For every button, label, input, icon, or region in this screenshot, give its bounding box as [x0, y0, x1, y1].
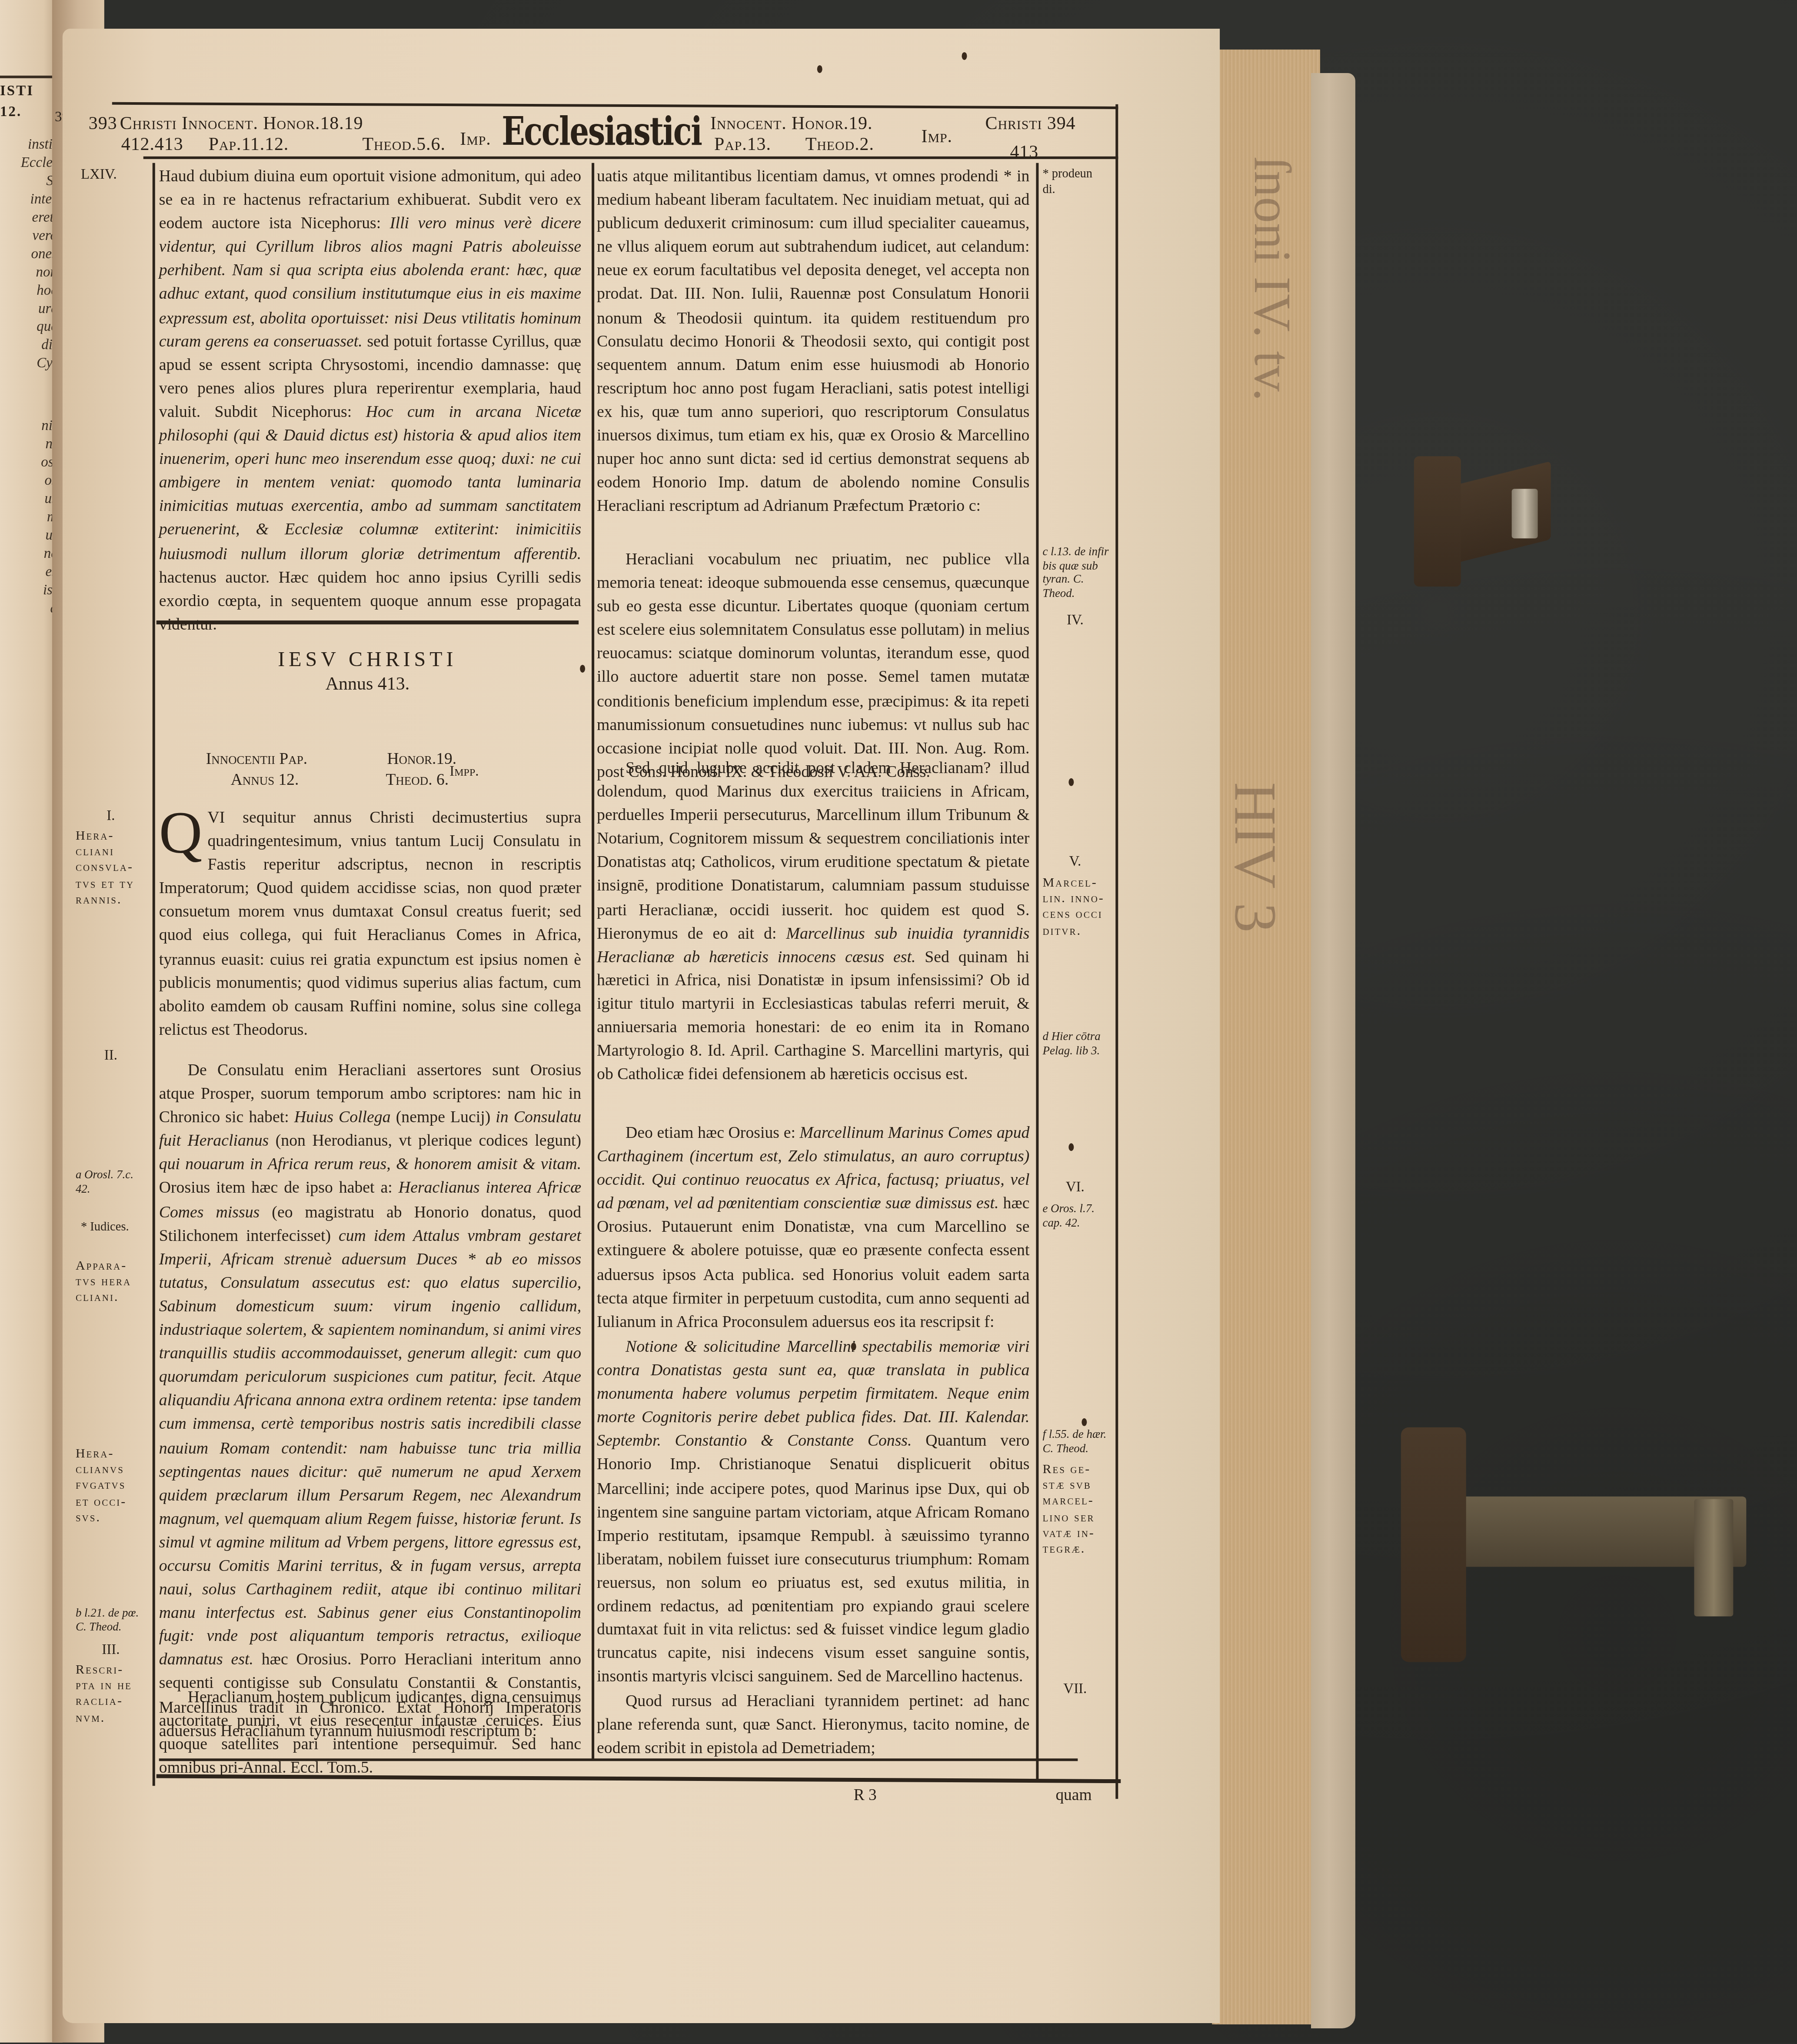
ink-spot	[1082, 1418, 1087, 1426]
left-margin-note-7: b l.21. de pœ.C. Theod.	[76, 1606, 139, 1634]
rescript-a-text: uatis atque militantibus licentiam damus…	[597, 167, 1029, 327]
left-margin-note-3: a Orosl. 7.c.42.	[76, 1168, 133, 1195]
facing-page-text: insti-Eccle-Siintereret,veroonesnonhocur…	[0, 136, 57, 618]
header-left-pope: Pap.11.12.	[209, 136, 289, 155]
center-column-rule	[592, 163, 593, 1760]
text-run: Sed quinam hi hæretici in Africa, nisi D…	[597, 947, 1029, 1084]
header-left-years: 412.413	[121, 136, 183, 155]
header-right-line1: Innocent. Honor.19.	[710, 115, 873, 134]
facing-text-line: ne	[0, 545, 57, 563]
text-run: (non Herodianus, vt plerique codices leg…	[269, 1132, 581, 1150]
facing-text-line: que	[0, 318, 57, 337]
regnal-pope-1: Innocentii Pap.	[206, 748, 307, 770]
year-heading-title: IESV CHRISTI	[156, 649, 579, 673]
left-margin-note-0: I.	[78, 808, 143, 824]
right-column-rule	[1036, 163, 1038, 1780]
scanned-book-spread: ISTI 12. insti-Eccle-Siintereret,veroone…	[0, 0, 1797, 2043]
facing-header-year: 12.	[0, 104, 22, 120]
ink-spot	[851, 1343, 856, 1350]
drop-cap: Q	[159, 808, 203, 858]
text-run: Sed quid lugubre accidit post cladem Her…	[597, 759, 1029, 942]
rescript-c: Heracliani vocabulum nec priuatim, nec p…	[597, 547, 1029, 783]
ink-spot	[1068, 778, 1074, 786]
facing-text-line: urè	[0, 300, 57, 318]
italic-quotation: qui nouarum in Africa rerum reus, & hono…	[159, 1155, 581, 1174]
right-margin-note-4: Marcel-lin. inno-cens occiditvr.	[1042, 876, 1104, 940]
upper-clasp-metal	[1512, 489, 1538, 538]
right-margin-note-10: VII.	[1042, 1681, 1108, 1697]
left-margin-note-6: Hera-clianvsfvgatvset occi-svs.	[76, 1447, 126, 1527]
left-column-paragraph-I: QVI sequitur annus Christi decimustertiu…	[159, 806, 581, 1041]
left-margin-note-4: * Iudices.	[81, 1220, 129, 1236]
facing-text-line: vero	[0, 227, 57, 245]
right-margin-note-7: e Oros. l.7.cap. 42.	[1042, 1202, 1095, 1229]
text-run: hæc Orosius. Putauerunt enim Donatistæ, …	[597, 1194, 1029, 1330]
right-margin-note-5: d Hier cōtraPelag. lib 3.	[1042, 1030, 1100, 1057]
outer-frame-right	[1115, 104, 1117, 1799]
header-left-emperor: Theod.5.6.	[362, 136, 445, 155]
margin-section-LXIV: LXIV.	[81, 167, 117, 183]
right-margin-note-3: V.	[1042, 854, 1108, 870]
year-heading: IESV CHRISTI Annus 413.	[156, 649, 579, 696]
facing-text-line: is-	[0, 581, 57, 600]
ink-spot	[817, 65, 822, 73]
header-right-year: 413	[1010, 143, 1038, 163]
right-column-paragraph-VII: Quod rursus ad Heracliani tyrannidem per…	[597, 1689, 1029, 1760]
right-margin-note-8: f l.55. de hær.C. Theod.	[1042, 1427, 1106, 1455]
facing-text-line: d	[0, 600, 57, 618]
text-run: hactenus auctor. Hæc quidem hoc anno ips…	[159, 568, 581, 633]
text-run: Quantum vero Honorio Imp. Christianoque …	[597, 1432, 1029, 1686]
header-right-pope: Pap.13.	[714, 136, 771, 155]
upper-clasp-base	[1414, 456, 1461, 587]
header-left-imp: Imp.	[460, 130, 491, 150]
gathering-signature: R 3	[854, 1786, 877, 1805]
facing-header: ISTI	[0, 83, 34, 99]
left-margin-note-5: Appara-tvs heracliani.	[76, 1259, 131, 1307]
facing-text-line: ni-	[0, 417, 57, 435]
right-column-paragraph-VI: Deo etiam hæc Orosius e: Marcellinum Mar…	[597, 1121, 1029, 1333]
catchword: quam	[1055, 1786, 1092, 1805]
facing-text-line: Si	[0, 172, 57, 190]
facing-text-line: ones	[0, 245, 57, 263]
regnal-impp: Impp.	[449, 761, 479, 784]
facing-text-line: eret,	[0, 209, 57, 227]
facing-text-line: m	[0, 508, 57, 527]
lower-clasp-base	[1401, 1427, 1466, 1662]
right-column-rescript-f: Notione & solicitudine Marcellini specta…	[597, 1335, 1029, 1689]
ink-spot	[580, 665, 585, 673]
facing-text-line: inter	[0, 190, 57, 209]
fore-edge-inscription-2: HIV 3	[1221, 782, 1290, 933]
fore-edge-inscription: ſnoni IV. tv.	[1242, 157, 1303, 401]
right-margin-note-1: c l.13. de infirbis quæ subtyran. C.Theo…	[1042, 545, 1108, 600]
left-column-rule	[153, 163, 154, 1786]
text-run: Deo etiam hæc Orosius e:	[626, 1124, 800, 1142]
ink-spot	[962, 52, 967, 60]
header-bottom-rule	[143, 157, 1118, 159]
facing-text-line: os,	[0, 453, 57, 472]
year-heading-annus: Annus 413.	[156, 675, 579, 696]
facing-text-line: Cy-	[0, 354, 57, 373]
book-cover-board	[1311, 73, 1355, 2028]
running-title: Ecclesiastici	[502, 113, 701, 153]
italic-quotation: Hoc cum in arcana Nicetæ philosophi (qui…	[159, 403, 581, 562]
right-margin-note-9: Res ge-stæ svbmarcel-lino servatæ in-teg…	[1042, 1463, 1095, 1558]
regnal-emperor-1: Honor.19.	[387, 748, 456, 770]
header-left-line1: Christi Innocent. Honor.18.19	[120, 115, 363, 134]
facing-text-line: u-	[0, 527, 57, 545]
left-column-paragraph-1: Haud dubium diuina eum oportuit visione …	[159, 164, 581, 636]
rescript-a-commentary: ita quidem restituendum pro Consulatu de…	[597, 308, 1029, 515]
footer-signature: Annal. Eccl. Tom.5.	[243, 1758, 373, 1778]
header-right-imp: Imp.	[922, 128, 952, 147]
italic-quotation: cum idem Attalus vmbram gestaret Imperii…	[159, 1226, 581, 1669]
paragraph-I-text: VI sequitur annus Christi decimustertius…	[159, 808, 581, 1039]
facing-text-line: es	[0, 563, 57, 581]
italic-quotation: Huius Collega	[294, 1108, 391, 1127]
facing-text-line: n-	[0, 435, 57, 453]
lower-clasp-hook	[1694, 1499, 1733, 1617]
right-margin-note-6: VI.	[1042, 1180, 1108, 1196]
left-margin-note-8: III.	[78, 1642, 143, 1658]
facing-text-line: insti-	[0, 136, 57, 154]
header-right-emperor: Theod.2.	[805, 136, 874, 155]
regnal-emperor-2: Theod. 6.	[386, 769, 449, 791]
facing-text-line: di-	[0, 336, 57, 354]
right-column-continuation: uatis atque militantibus licentiam damus…	[597, 164, 1029, 518]
facing-text-line: non	[0, 263, 57, 282]
ink-spot	[1068, 1143, 1074, 1151]
page-number-left: 393	[89, 115, 117, 134]
left-column-paragraph-II: De Consulatu enim Heracliani assertores …	[159, 1058, 581, 1742]
right-margin-note-0: * prodeundi.	[1042, 167, 1092, 199]
text-run: (nempe Lucij)	[391, 1108, 496, 1127]
facing-text-line: hoc	[0, 282, 57, 300]
regnal-pope-2: Annus 12.	[231, 769, 299, 791]
italic-quotation: Illi vero minus verè dicere videntur, qu…	[159, 214, 581, 350]
facing-text-line: Eccle-	[0, 154, 57, 172]
header-right-christi: Christi 394	[985, 115, 1075, 134]
left-margin-note-1: Hera-clianiconsvla-tvs et tyrannis.	[76, 829, 134, 909]
facing-text-line: us	[0, 490, 57, 508]
right-column-paragraph-V: Sed quid lugubre accidit post cladem Her…	[597, 756, 1029, 1086]
right-margin-note-2: IV.	[1042, 613, 1108, 629]
left-margin-note-2: II.	[78, 1048, 143, 1064]
facing-text-line: os	[0, 472, 57, 490]
text-run: Orosius item hæc de ipso habet a:	[159, 1179, 399, 1197]
left-margin-note-9: Rescri-pta in heraclia-nvm.	[76, 1663, 132, 1727]
